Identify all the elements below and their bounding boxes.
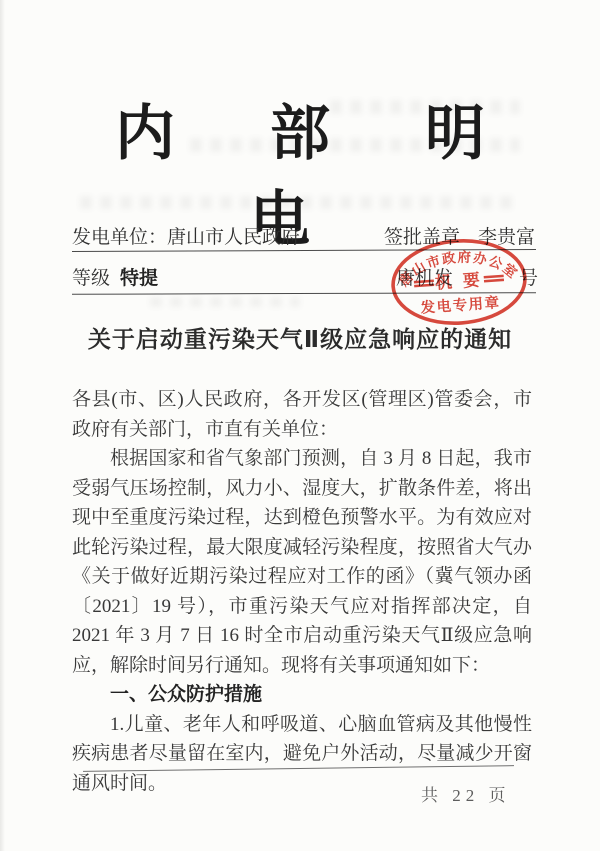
issuer-label: 发电单位： xyxy=(72,227,167,248)
stamp-center-text: 机 要 xyxy=(434,269,483,292)
meta-row-level: 等级特提 xyxy=(72,263,158,290)
page-count: 共 22 页 xyxy=(421,781,511,806)
level-label: 等级 xyxy=(72,268,110,289)
bleedthrough-artifact xyxy=(150,297,300,307)
official-stamp: 唐山市政府办公室 机 要 发电专用章 xyxy=(385,232,533,332)
issuer-value: 唐山市人民政府 xyxy=(167,227,300,248)
stamp-graphic: 唐山市政府办公室 机 要 发电专用章 xyxy=(385,232,533,332)
document-page: 内 部 明 电 发电单位：唐山市人民政府 签批盖章 李贵富 等级特提 唐机发 号… xyxy=(0,0,600,851)
notice-body: 各县(市、区)人民政府，各开发区(管理区)管委会，市政府有关部门，市直有关单位：… xyxy=(72,385,532,798)
stamp-bottom-text: 发电专用章 xyxy=(419,293,501,317)
salutation: 各县(市、区)人民政府，各开发区(管理区)管委会，市政府有关部门，市直有关单位： xyxy=(72,385,532,444)
notice-title: 关于启动重污染天气Ⅱ级应急响应的通知 xyxy=(0,321,600,354)
paragraph-1: 根据国家和省气象部门预测，自 3 月 8 日起，我市受弱气压场控制，风力小、湿度… xyxy=(72,444,532,680)
level-value: 特提 xyxy=(120,268,158,289)
section-heading-1: 一、公众防护措施 xyxy=(72,680,532,710)
issuer-field: 发电单位：唐山市人民政府 xyxy=(72,222,300,249)
